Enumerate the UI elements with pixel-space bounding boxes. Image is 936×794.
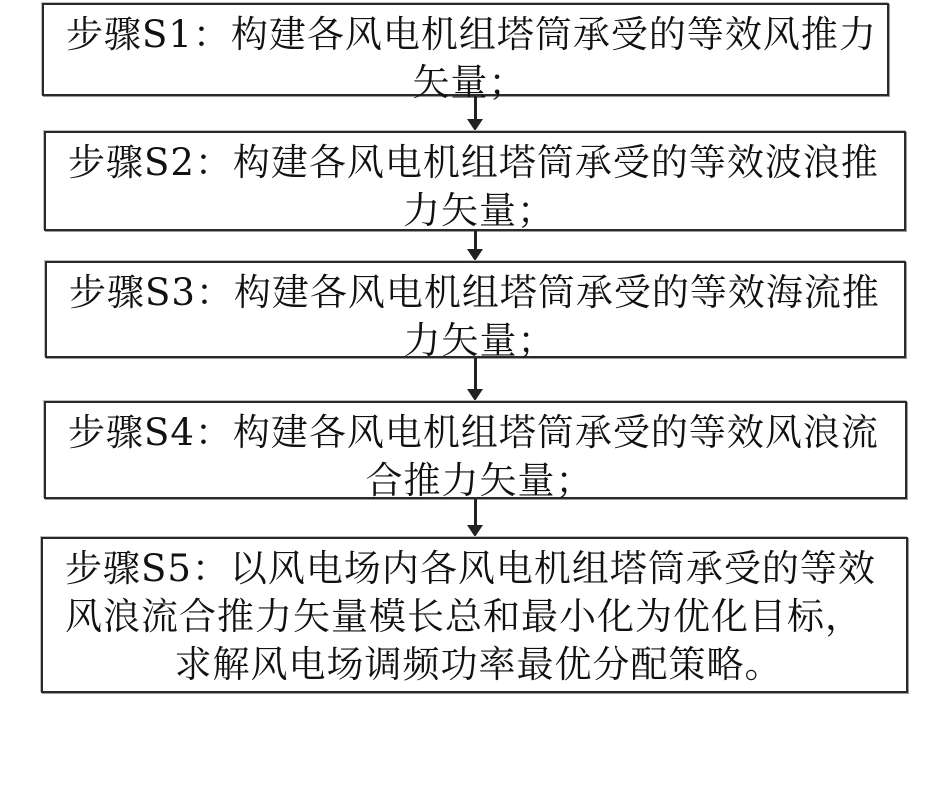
step-s2-line-2: 力矢量； bbox=[68, 187, 890, 235]
arrow-down-icon bbox=[465, 358, 485, 401]
step-s3-line-1: 步骤S3：构建各风电机组塔筒承受的等效海流推 bbox=[69, 269, 890, 317]
step-s5-box: 步骤S5：以风电场内各风电机组塔筒承受的等效 风浪流合推力矢量模长总和最小化为优… bbox=[41, 537, 908, 693]
step-s2-line-1: 步骤S2：构建各风电机组塔筒承受的等效波浪推 bbox=[68, 139, 890, 187]
arrow-shaft bbox=[474, 358, 477, 390]
arrow-down-icon bbox=[465, 231, 485, 261]
arrow-head bbox=[467, 119, 483, 131]
step-s4-line-1: 步骤S4：构建各风电机组塔筒承受的等效风浪流 bbox=[68, 409, 891, 457]
step-s5-line-3: 求解风电场调频功率最优分配策略。 bbox=[65, 641, 892, 689]
step-s2-box: 步骤S2：构建各风电机组塔筒承受的等效波浪推 力矢量； bbox=[44, 131, 906, 231]
step-s4-box: 步骤S4：构建各风电机组塔筒承受的等效风浪流 合推力矢量； bbox=[44, 401, 907, 499]
arrow-head bbox=[467, 249, 483, 261]
arrow-shaft bbox=[474, 499, 477, 526]
arrow-down-icon bbox=[465, 96, 485, 131]
step-s4-line-2: 合推力矢量； bbox=[68, 457, 891, 505]
step-s5-line-1: 步骤S5：以风电场内各风电机组塔筒承受的等效 bbox=[65, 545, 892, 593]
step-s3-box: 步骤S3：构建各风电机组塔筒承受的等效海流推 力矢量； bbox=[45, 261, 906, 358]
arrow-head bbox=[467, 389, 483, 401]
arrow-shaft bbox=[474, 231, 477, 250]
step-s5-line-2: 风浪流合推力矢量模长总和最小化为优化目标， bbox=[65, 593, 892, 641]
arrow-head bbox=[467, 525, 483, 537]
arrow-down-icon bbox=[465, 499, 485, 537]
step-s1-line-1: 步骤S1：构建各风电机组塔筒承受的等效风推力 bbox=[66, 11, 873, 59]
step-s1-box: 步骤S1：构建各风电机组塔筒承受的等效风推力 矢量； bbox=[42, 3, 889, 96]
arrow-shaft bbox=[474, 96, 477, 120]
